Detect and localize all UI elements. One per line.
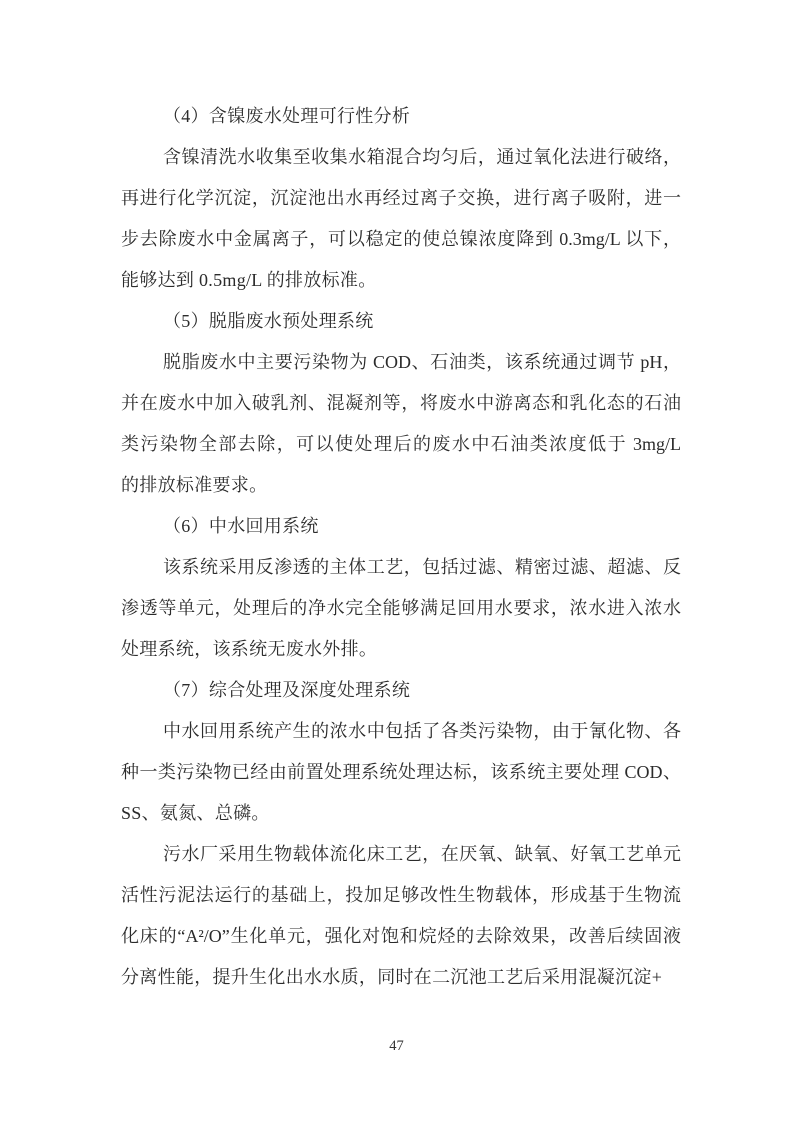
text-line: 再进行化学沉淀，沉淀池出水再经过离子交换，进行离子吸附，进一: [121, 178, 681, 219]
document-body: （4）含镍废水处理可行性分析含镍清洗水收集至收集水箱混合均匀后，通过氧化法进行破…: [121, 96, 681, 998]
text-line: 中水回用系统产生的浓水中包括了各类污染物，由于氰化物、各: [121, 711, 681, 752]
text-line: SS、氨氮、总磷。: [121, 793, 681, 834]
section-heading-line: （4）含镍废水处理可行性分析: [121, 96, 681, 137]
document-page: （4）含镍废水处理可行性分析含镍清洗水收集至收集水箱混合均匀后，通过氧化法进行破…: [0, 0, 793, 1122]
text-line: 污水厂采用生物载体流化床工艺，在厌氧、缺氧、好氧工艺单元: [121, 834, 681, 875]
text-line: 该系统采用反渗透的主体工艺，包括过滤、精密过滤、超滤、反: [121, 547, 681, 588]
section-heading-line: （7）综合处理及深度处理系统: [121, 670, 681, 711]
text-line: 并在废水中加入破乳剂、混凝剂等，将废水中游离态和乳化态的石油: [121, 383, 681, 424]
page-number: 47: [0, 1036, 793, 1056]
text-line: 类污染物全部去除，可以使处理后的废水中石油类浓度低于 3mg/L: [121, 424, 681, 465]
text-line: 分离性能，提升生化出水水质，同时在二沉池工艺后采用混凝沉淀+: [121, 957, 681, 998]
text-line: 能够达到 0.5mg/L 的排放标准。: [121, 260, 681, 301]
text-line: 种一类污染物已经由前置处理系统处理达标，该系统主要处理 COD、: [121, 752, 681, 793]
section-heading-line: （6）中水回用系统: [121, 506, 681, 547]
text-line: 的排放标准要求。: [121, 465, 681, 506]
text-line: 活性污泥法运行的基础上，投加足够改性生物载体，形成基于生物流: [121, 875, 681, 916]
text-line: 渗透等单元，处理后的净水完全能够满足回用水要求，浓水进入浓水: [121, 588, 681, 629]
text-line: 步去除废水中金属离子，可以稳定的使总镍浓度降到 0.3mg/L 以下，: [121, 219, 681, 260]
text-line: 含镍清洗水收集至收集水箱混合均匀后，通过氧化法进行破络，: [121, 137, 681, 178]
text-line: 处理系统，该系统无废水外排。: [121, 629, 681, 670]
text-line: 化床的“A²/O”生化单元，强化对饱和烷烃的去除效果，改善后续固液: [121, 916, 681, 957]
section-heading-line: （5）脱脂废水预处理系统: [121, 301, 681, 342]
text-line: 脱脂废水中主要污染物为 COD、石油类，该系统通过调节 pH，: [121, 342, 681, 383]
